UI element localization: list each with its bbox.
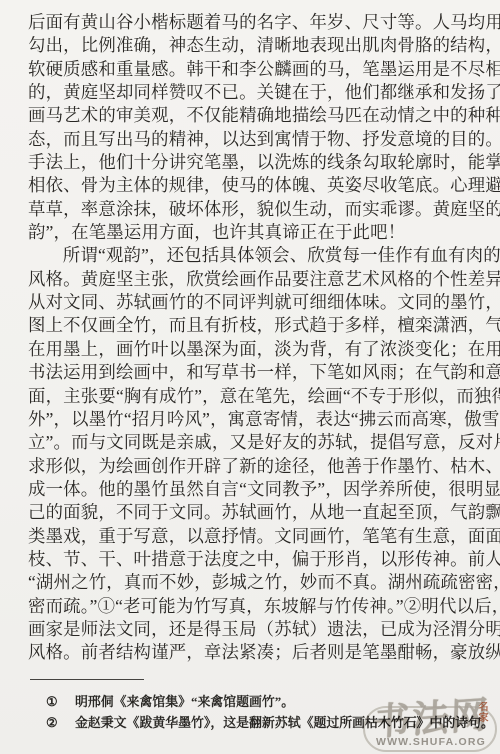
text-line: 密而疏。”①“老可能为竹写真，东坡解与竹传神。”②明代以后，墨竹: [28, 595, 472, 618]
watermark-url: WWW.SHUFA.ORG: [363, 736, 499, 748]
scanned-book-page: 后面有黄山谷小楷标题着马的名字、年岁、尺寸等。人马均用单线 勾出，比例准确，神态…: [0, 0, 500, 754]
text-line: 勾出，比例准确，神态生动，清晰地表现出肌肉骨胳的结构，身体的: [28, 34, 472, 57]
text-line: 求形似，为绘画创作开辟了新的途径，他善于作墨竹、枯木、怪石，自: [28, 455, 472, 478]
text-line: 在用墨上，画竹叶以墨深为面，淡为背，有了浓淡变化；在用笔上，把: [28, 338, 472, 361]
text-line: 画家是师法文同，还是得玉局（苏轼）遗法，已成为泾渭分明的两种: [28, 618, 472, 641]
watermark-seal-icon: 名家: [476, 702, 491, 726]
text-line: 从对文同、苏轼画竹的不同评判就可细细体味。文同的墨竹，在构: [28, 291, 472, 314]
text-line: 风格。前者结构谨严，章法紧凑；后者则是笔墨酣畅，豪放纵逸。当: [28, 641, 472, 664]
text-line: 画马艺术的审美观，不仅能精确地描绘马匹在动情之中的种种形: [28, 104, 472, 127]
text-line: 图上不仅画全竹，而且有折枝，形式趋于多样，檀栾潇洒，气韵风发；: [28, 314, 472, 337]
text-line: 风格。黄庭坚主张，欣赏绘画作品要注意艺术风格的个性差异，这: [28, 268, 472, 291]
footnote-marker: ①: [46, 692, 66, 713]
text-line: 面，主张要“胸有成竹”，意在笔先，绘画“不专于形似，而独得于象: [28, 385, 472, 408]
footnote-text: 明邢侗《来禽馆集》“来禽馆题画竹”。: [75, 692, 294, 713]
shufa-watermark: 书法网 名家 WWW.SHUFA.ORG: [363, 700, 499, 752]
text-line: 态，而且写出马的精神，以达到寓情于物、抒发意境的目的。在艺术: [28, 128, 472, 151]
text-line: 成一体。他的墨竹虽然自言“文同教予”，因学养所使，很明显有自: [28, 478, 472, 501]
text-line: 己的面貌，不同于文同。苏轼画竹，从地一直起至顶，气韵飘洒，犹: [28, 501, 472, 524]
text-line: “湖州之竹，真而不妙，彭城之竹，妙而不真。湖州疏疏密密，彭城不: [28, 571, 472, 594]
text-line: 外”，以墨竹“招月吟风”，寓意寄情，表达“拂云而高寒，傲雪而玉: [28, 408, 472, 431]
text-line: 韵”，在笔墨运用方面，也许其真谛正在于此吧！: [28, 221, 472, 244]
text-line: 相依、骨为主体的规律，使马的体魄、英姿尽收笔底。心理避免行笔: [28, 174, 472, 197]
text-line: 草草，率意涂抹，破坏体形，貌似生动，而实乖谬。黄庭坚的所谓“观: [28, 198, 472, 221]
text-line: 手法上，他们十分讲究笔墨，以洗炼的线条勾取轮廓时，能掌握骨肉: [28, 151, 472, 174]
text-line: 立”。而与文同既是亲戚，又是好友的苏轼，提倡写意，反对片面追: [28, 431, 472, 454]
text-line: 枝、节、干、叶措意于法度之中，偏于形肖，以形传神。前人评说道：: [28, 548, 472, 571]
footnote-marker: ②: [46, 713, 66, 734]
body-text: 后面有黄山谷小楷标题着马的名字、年岁、尺寸等。人马均用单线 勾出，比例准确，神态…: [28, 11, 472, 665]
text-line: 类墨戏，重于写意，以意抒情。文同画竹，笔笔有生意，面面得自然，: [28, 525, 472, 548]
footnote-divider: [30, 679, 144, 680]
text-line: 书法运用到绘画中，和写草书一样，下笔如风雨；在气韵和意境方: [28, 361, 472, 384]
text-line: 后面有黄山谷小楷标题着马的名字、年岁、尺寸等。人马均用单线: [28, 11, 472, 34]
text-line: 软硬质感和重量感。韩干和李公麟画的马，笔墨运用是不尽相同: [28, 58, 472, 81]
text-line: 的，黄庭坚却同样赞叹不已。关键在于，他们都继承和发扬了我国: [28, 81, 472, 104]
text-line: 所谓“观韵”，还包括具体领会、欣赏每一佳作有血有肉的艺术: [28, 244, 472, 267]
